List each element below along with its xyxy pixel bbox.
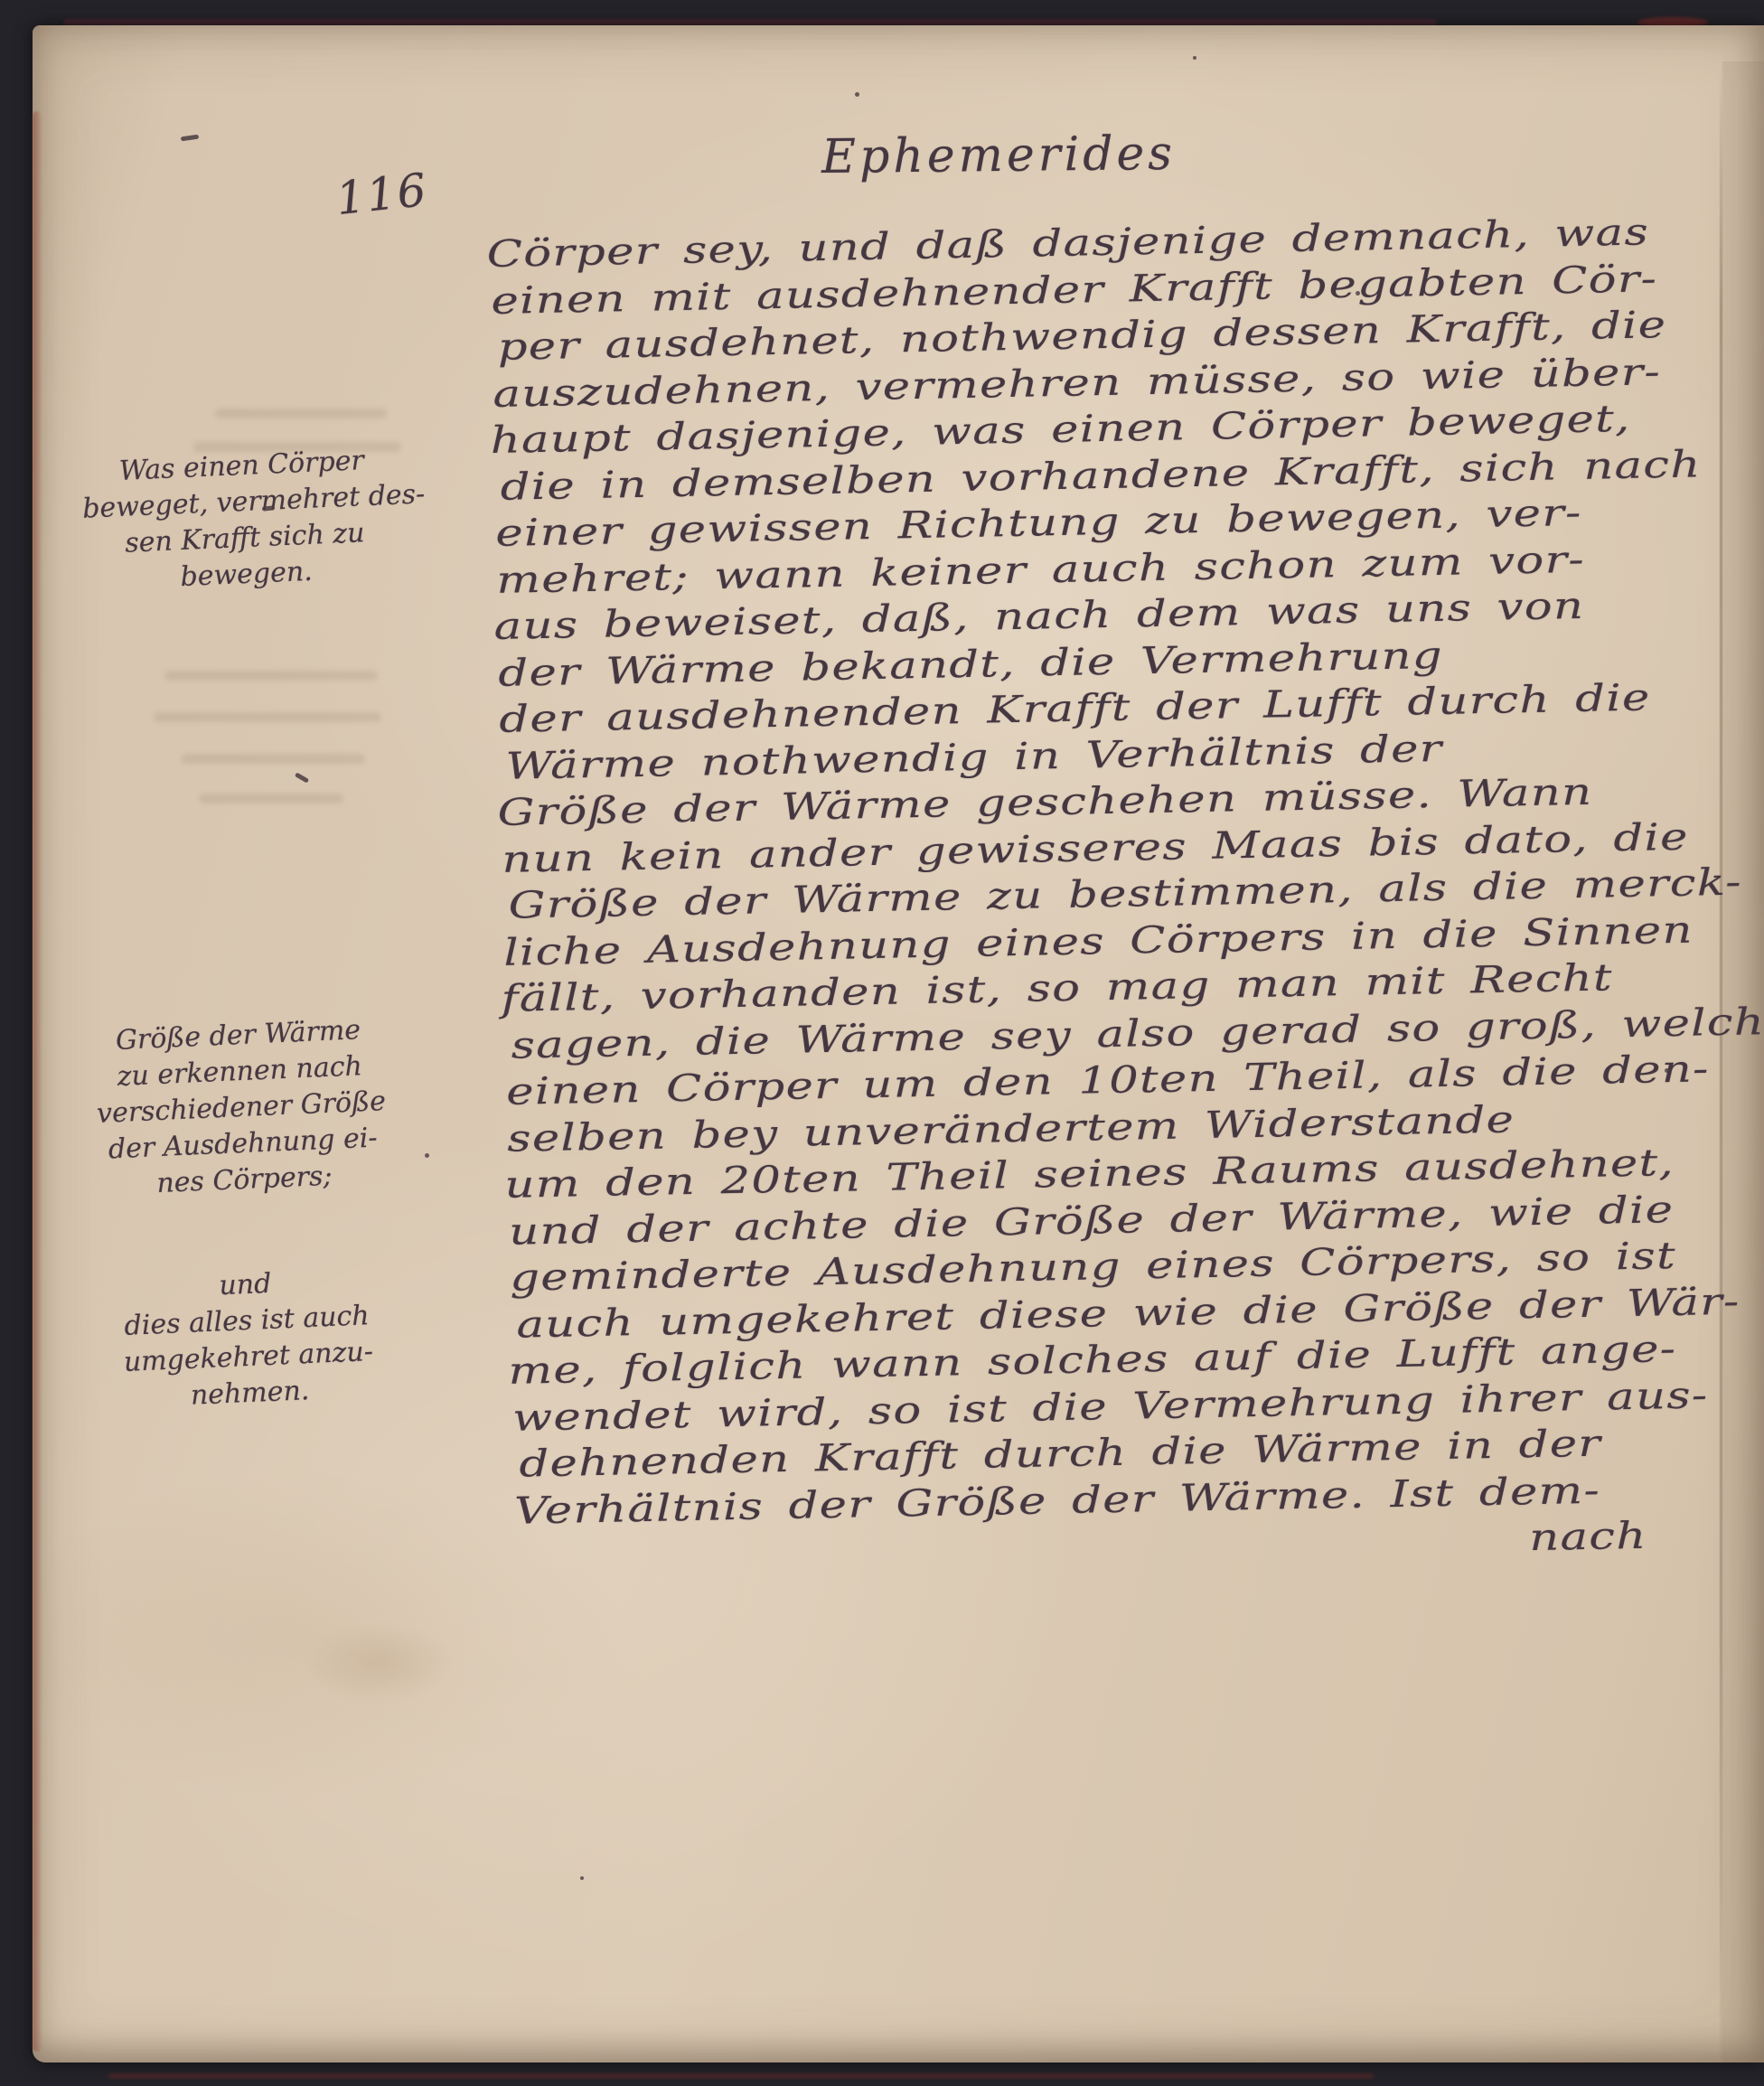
page-number: 116 [333, 164, 430, 225]
red-page-edge [33, 111, 42, 2052]
show-through-text [193, 442, 401, 452]
margin-note-what-moves-a-body: Was einen Cörper beweget, vermehret des-… [80, 441, 408, 599]
ink-speck [425, 1153, 429, 1158]
show-through-text [215, 409, 387, 418]
ink-speck [855, 92, 859, 97]
show-through-text [164, 671, 378, 681]
ink-speck [1665, 1068, 1669, 1073]
book-edge-bottom [108, 2073, 1374, 2079]
margin-note-size-of-heat: Größe der Wärme zu erkennen nach verschi… [72, 1010, 410, 1206]
show-through-text [181, 754, 365, 764]
paper-stain [275, 1609, 483, 1717]
body-text: Cörper sey, und daß dasjenige demnach, w… [490, 205, 1764, 1581]
book-edge-top [63, 19, 1437, 25]
manuscript-scan: Ephemerides 116 Cörper sey, und daß dasj… [0, 0, 1764, 2086]
page-header-title: Ephemerides [479, 123, 1519, 188]
ink-speck [580, 1876, 584, 1880]
show-through-text [154, 712, 381, 722]
margin-note-converse-assumption: und dies alles ist auch umgekehret anzu-… [82, 1260, 414, 1419]
ink-speck [1193, 56, 1196, 60]
ink-speck [1356, 291, 1360, 296]
show-through-text [199, 794, 343, 803]
